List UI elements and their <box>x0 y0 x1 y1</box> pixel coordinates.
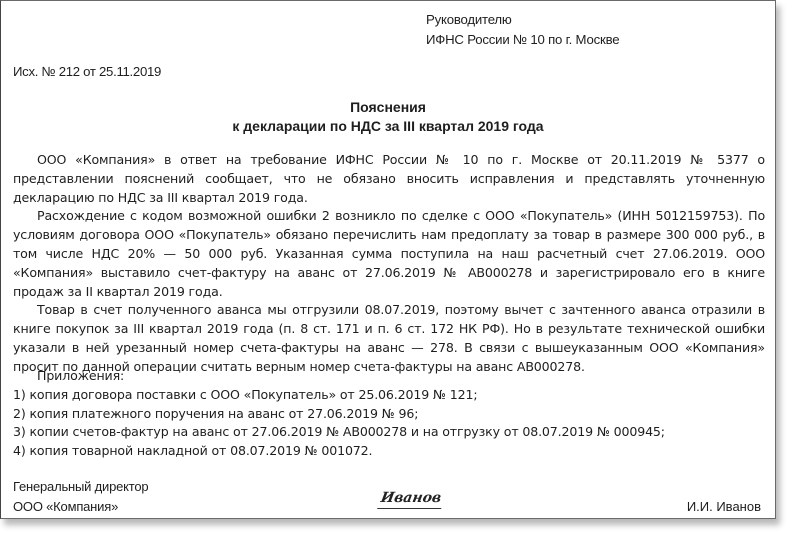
attachments-list: Приложения: 1) копия договора поставки с… <box>13 367 665 461</box>
signatory-block: Генеральный директор ООО «Компания» <box>13 477 148 517</box>
addressee-organization: ИФНС России № 10 по г. Москве <box>426 30 619 50</box>
addressee-block: Руководителю ИФНС России № 10 по г. Моск… <box>426 10 619 50</box>
outgoing-reference: Исх. № 212 от 25.11.2019 <box>13 64 161 79</box>
attachment-item: 4) копия товарной накладной от 08.07.201… <box>13 442 665 461</box>
attachment-item: 2) копия платежного поручения на аванс о… <box>13 405 665 424</box>
document-body: ООО «Компания» в ответ на требование ИФН… <box>13 151 765 377</box>
attachments-heading: Приложения: <box>13 367 665 386</box>
signatory-position: Генеральный директор <box>13 477 148 497</box>
addressee-title: Руководителю <box>426 10 619 30</box>
document-page: Руководителю ИФНС России № 10 по г. Моск… <box>0 0 776 519</box>
paragraph: ООО «Компания» в ответ на требование ИФН… <box>13 151 765 207</box>
attachment-item: 3) копии счетов-фактур на аванс от 27.06… <box>13 423 665 442</box>
document-title: Пояснения к декларации по НДС за III ква… <box>1 98 775 136</box>
handwritten-signature: Иванов <box>377 488 445 509</box>
paragraph: Расхождение с кодом возможной ошибки 2 в… <box>13 207 765 301</box>
title-line-1: Пояснения <box>1 98 775 117</box>
signatory-name: И.И. Иванов <box>687 497 761 517</box>
signatory-company: ООО «Компания» <box>13 497 148 517</box>
title-line-2: к декларации по НДС за III квартал 2019 … <box>1 117 775 136</box>
attachment-item: 1) копия договора поставки с ООО «Покупа… <box>13 386 665 405</box>
paragraph: Товар в счет полученного аванса мы отгру… <box>13 301 765 376</box>
